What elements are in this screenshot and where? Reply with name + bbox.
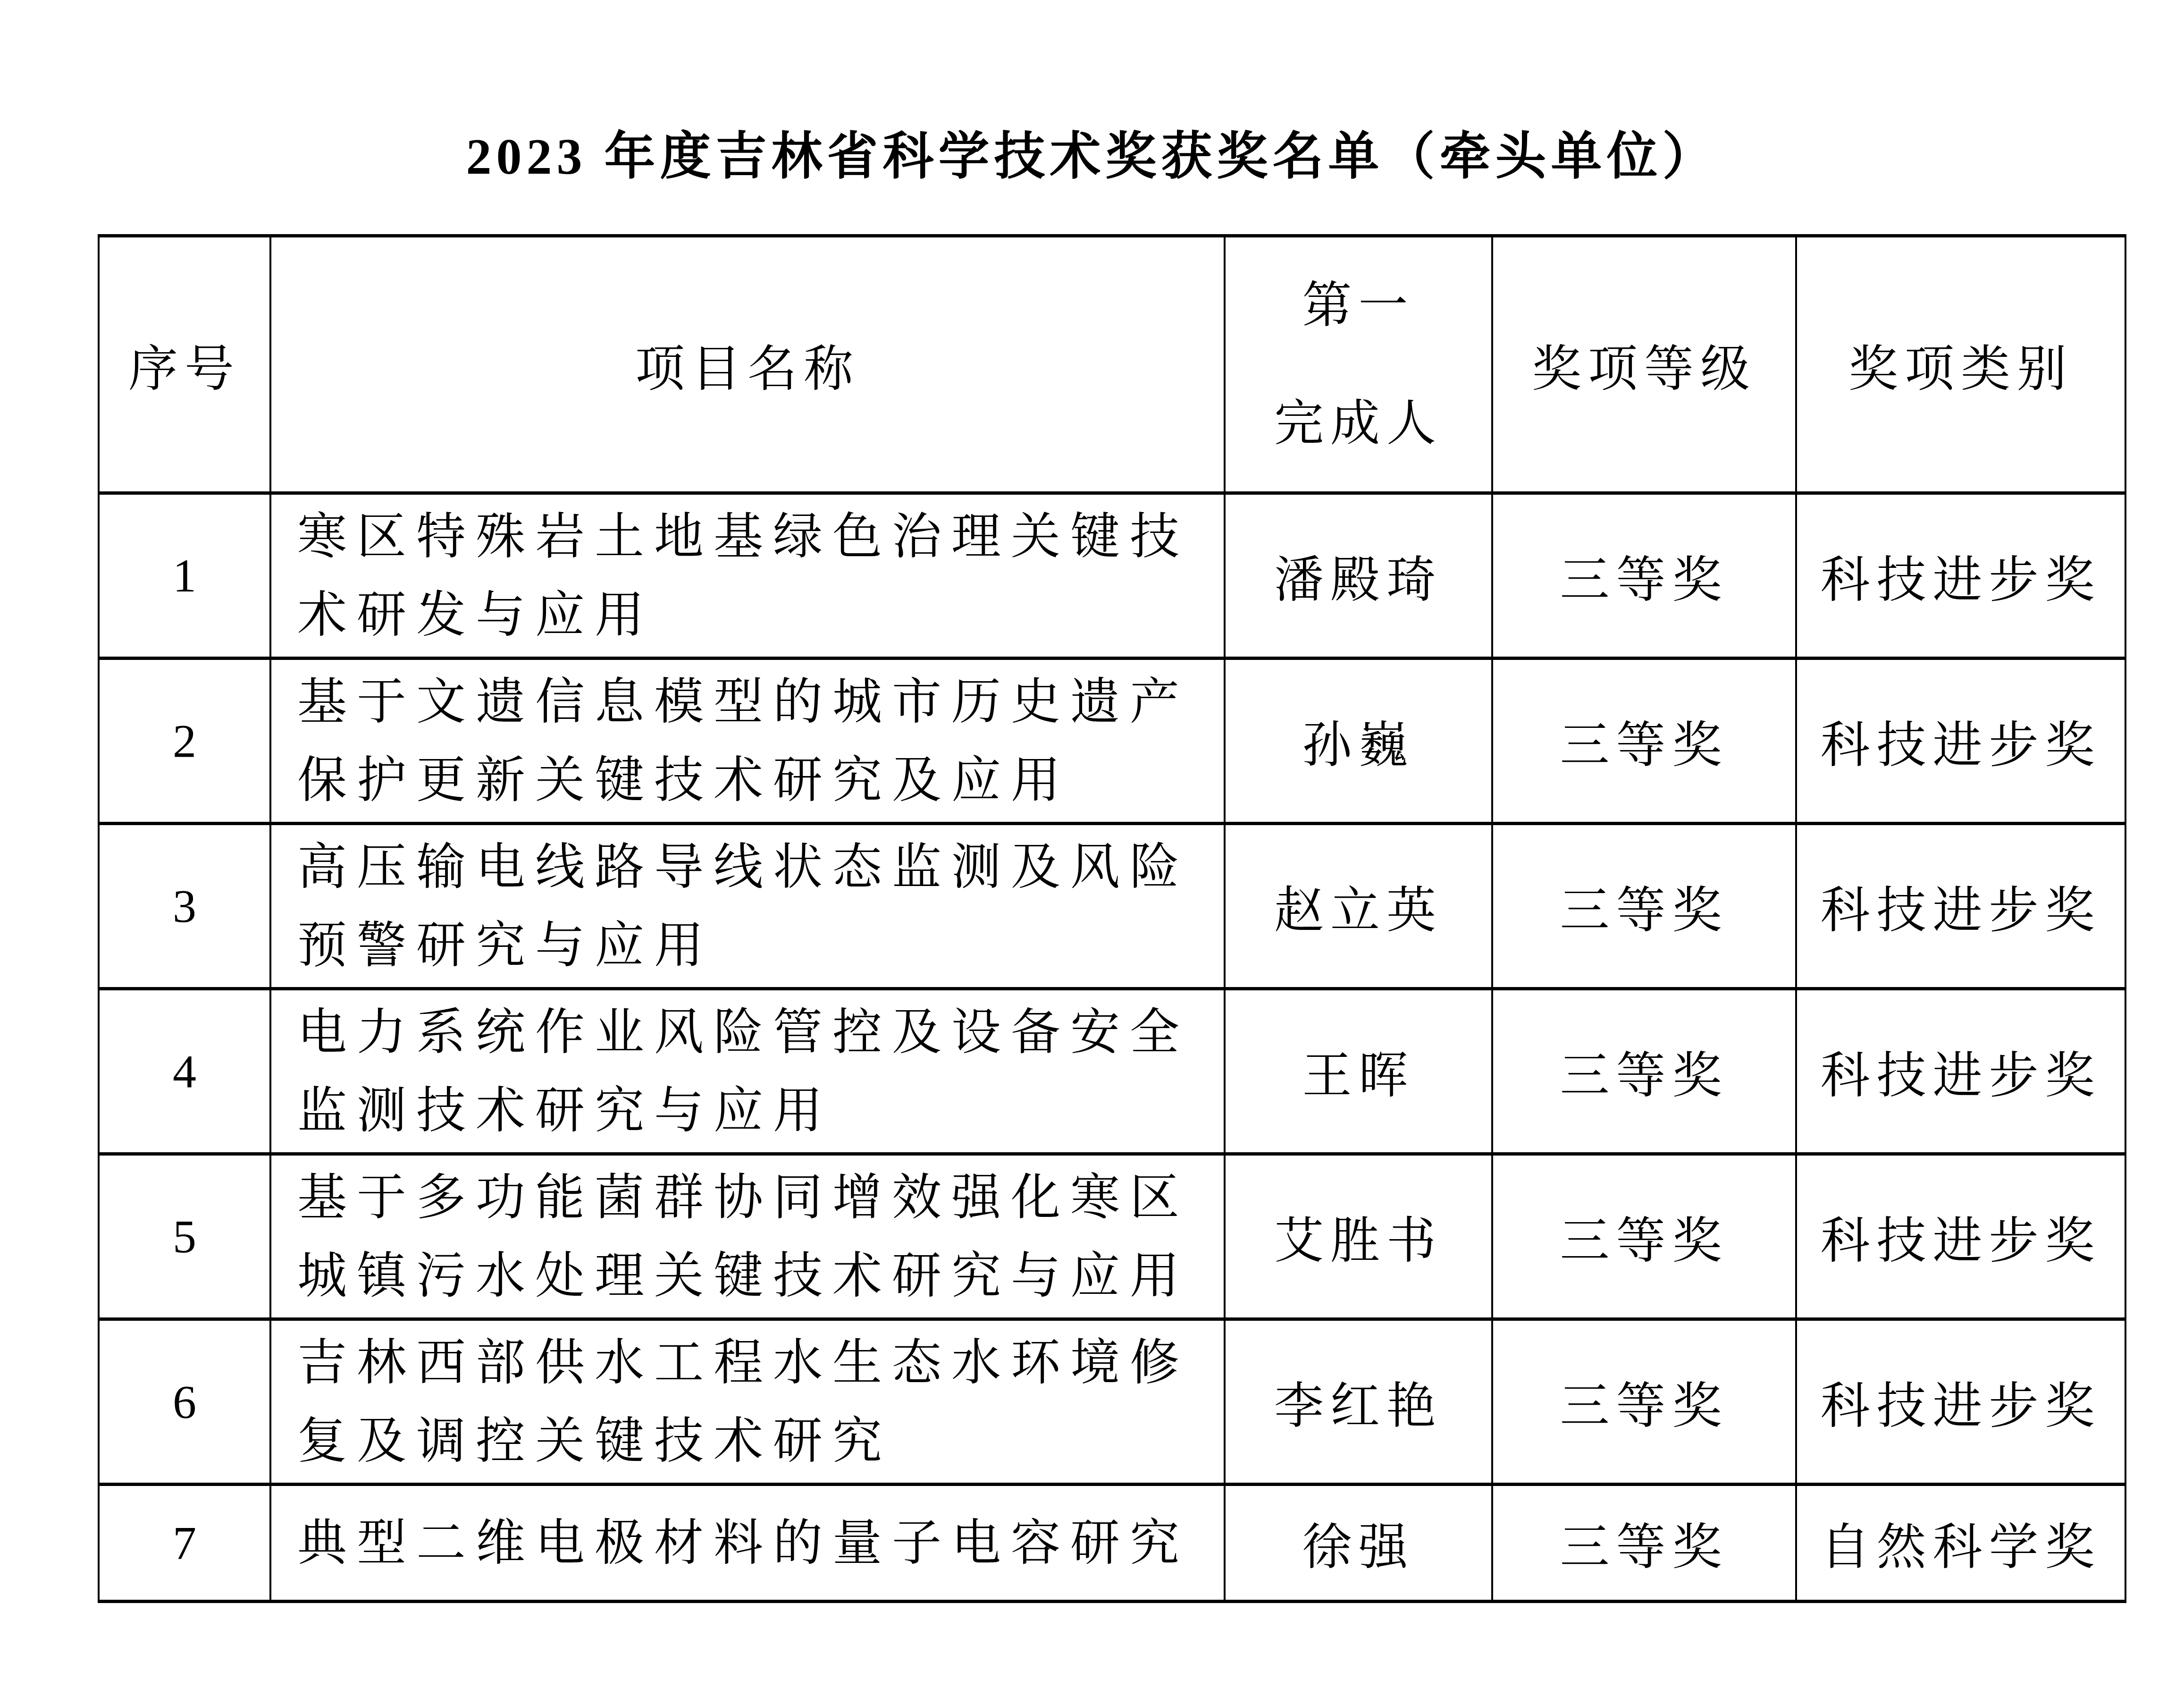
award-grade: 三等奖 [1492, 989, 1796, 1154]
header-index: 序号 [99, 236, 270, 493]
row-number: 6 [99, 1319, 270, 1485]
first-completer: 王晖 [1225, 989, 1492, 1154]
award-grade: 三等奖 [1492, 658, 1796, 824]
awards-table: 序号 项目名称 第一 完成人 奖项等级 奖项类别 1 寒区特殊岩土地基绿色治理关… [98, 234, 2126, 1603]
first-completer: 李红艳 [1225, 1319, 1492, 1485]
row-number: 3 [99, 824, 270, 989]
award-grade: 三等奖 [1492, 1485, 1796, 1602]
header-first-completer: 第一 完成人 [1225, 236, 1492, 493]
table-row: 2 基于文遗信息模型的城市历史遗产保护更新关键技术研究及应用 孙巍 三等奖 科技… [99, 658, 2125, 824]
award-category: 科技进步奖 [1796, 658, 2125, 824]
first-completer: 赵立英 [1225, 824, 1492, 989]
table-row: 6 吉林西部供水工程水生态水环境修复及调控关键技术研究 李红艳 三等奖 科技进步… [99, 1319, 2125, 1485]
table-row: 1 寒区特殊岩土地基绿色治理关键技术研发与应用 潘殿琦 三等奖 科技进步奖 [99, 493, 2125, 658]
project-name: 基于文遗信息模型的城市历史遗产保护更新关键技术研究及应用 [270, 658, 1225, 824]
project-name: 基于多功能菌群协同增效强化寒区城镇污水处理关键技术研究与应用 [270, 1154, 1225, 1319]
table-row: 5 基于多功能菌群协同增效强化寒区城镇污水处理关键技术研究与应用 艾胜书 三等奖… [99, 1154, 2125, 1319]
award-category: 科技进步奖 [1796, 824, 2125, 989]
project-name: 电力系统作业风险管控及设备安全监测技术研究与应用 [270, 989, 1225, 1154]
project-name: 吉林西部供水工程水生态水环境修复及调控关键技术研究 [270, 1319, 1225, 1485]
award-grade: 三等奖 [1492, 493, 1796, 658]
award-grade: 三等奖 [1492, 824, 1796, 989]
award-category: 自然科学奖 [1796, 1485, 2125, 1602]
first-completer: 艾胜书 [1225, 1154, 1492, 1319]
row-number: 5 [99, 1154, 270, 1319]
award-grade: 三等奖 [1492, 1154, 1796, 1319]
first-completer: 潘殿琦 [1225, 493, 1492, 658]
header-row: 序号 项目名称 第一 完成人 奖项等级 奖项类别 [99, 236, 2125, 493]
first-completer: 徐强 [1225, 1485, 1492, 1602]
award-category: 科技进步奖 [1796, 989, 2125, 1154]
table-row: 7 典型二维电极材料的量子电容研究 徐强 三等奖 自然科学奖 [99, 1485, 2125, 1602]
header-award-category: 奖项类别 [1796, 236, 2125, 493]
table-row: 4 电力系统作业风险管控及设备安全监测技术研究与应用 王晖 三等奖 科技进步奖 [99, 989, 2125, 1154]
row-number: 7 [99, 1485, 270, 1602]
first-completer: 孙巍 [1225, 658, 1492, 824]
table-row: 3 高压输电线路导线状态监测及风险预警研究与应用 赵立英 三等奖 科技进步奖 [99, 824, 2125, 989]
row-number: 1 [99, 493, 270, 658]
table-header: 序号 项目名称 第一 完成人 奖项等级 奖项类别 [99, 236, 2125, 493]
project-name: 典型二维电极材料的量子电容研究 [270, 1485, 1225, 1602]
award-category: 科技进步奖 [1796, 1154, 2125, 1319]
project-name: 寒区特殊岩土地基绿色治理关键技术研发与应用 [270, 493, 1225, 658]
header-first-completer-line2: 完成人 [1226, 364, 1491, 482]
award-category: 科技进步奖 [1796, 1319, 2125, 1485]
row-number: 4 [99, 989, 270, 1154]
header-first-completer-line1: 第一 [1226, 246, 1491, 364]
award-category: 科技进步奖 [1796, 493, 2125, 658]
header-first-completer-text: 第一 完成人 [1226, 246, 1491, 482]
header-award-grade: 奖项等级 [1492, 236, 1796, 493]
row-number: 2 [99, 658, 270, 824]
award-grade: 三等奖 [1492, 1319, 1796, 1485]
table-body: 1 寒区特殊岩土地基绿色治理关键技术研发与应用 潘殿琦 三等奖 科技进步奖 2 … [99, 493, 2125, 1602]
header-project-name: 项目名称 [270, 236, 1225, 493]
project-name: 高压输电线路导线状态监测及风险预警研究与应用 [270, 824, 1225, 989]
page-title: 2023 年度吉林省科学技术奖获奖名单（牵头单位） [0, 0, 2184, 193]
document-page: 2023 年度吉林省科学技术奖获奖名单（牵头单位） 序号 项目名称 第一 完成人… [0, 0, 2184, 1705]
